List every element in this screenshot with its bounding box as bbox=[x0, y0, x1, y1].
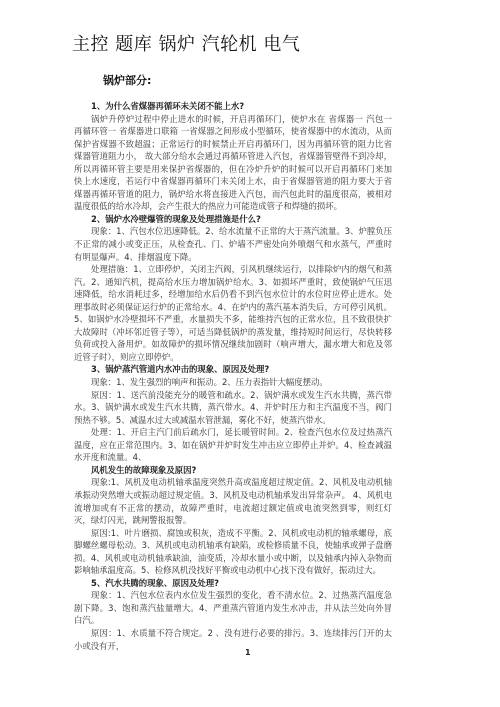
page-number: 1 bbox=[245, 648, 251, 657]
section-heading: 锅炉部分: bbox=[103, 72, 151, 88]
paragraph: 原因：1、水质量不符合规定。2 、没有进行必要的排污。3、连续排污门开的太小或没… bbox=[74, 627, 392, 652]
paragraph: 处理：1、开启主汽门前后疏水门，延长暖管时间。2、检查汽包水位及过热蒸汽温度，应… bbox=[74, 426, 392, 464]
question-heading: 2、锅炉水冷壁爆管的现象及处理措施是什么? bbox=[74, 213, 392, 226]
paragraph: 现象：1、汽包水位表内水位发生强烈的变化，看不清水位。2、过热蒸汽温度急剧下降。… bbox=[74, 589, 392, 627]
paragraph: 原因：1、送汽前没能充分的暖管和疏水。2、锅炉满水或发生汽水共腾，蒸汽带水。3、… bbox=[74, 389, 392, 427]
paragraph: 现象：1、汽包水位迅速降低。2、给水流量不正常的大于蒸汽流量。3、炉膛负压不正常… bbox=[74, 225, 392, 263]
question-heading: 5、汽水共腾的现象、原因及处理? bbox=[74, 577, 392, 590]
paragraph: 现象：1、发生强烈的响声和振动。2、压力表指针大幅度摆动。 bbox=[74, 376, 392, 389]
document-title: 主控 题库 锅炉 汽轮机 电气 bbox=[72, 30, 300, 56]
question-heading: 1、为什么省煤器再循环未关闭不能上水? bbox=[74, 100, 392, 113]
paragraph: 现象:1、风机及电动机轴承温度突然升高或温度超过规定值。2、风机及电动机轴承振动… bbox=[74, 476, 392, 526]
question-heading: 风机发生的故障现象及原因? bbox=[74, 464, 392, 477]
document-body: 1、为什么省煤器再循环未关闭不能上水? 锅炉升停炉过程中停止进水的时候，开启再循… bbox=[74, 100, 392, 652]
paragraph: 锅炉升停炉过程中停止进水的时候，开启再循环门，使炉水在 省煤器一 汽包一 再循环… bbox=[74, 113, 392, 213]
question-heading: 3、锅炉蒸汽管道内水冲击的现象、原因及处理? bbox=[74, 363, 392, 376]
paragraph: 原因:1、叶片磨损、腐蚀或积灰，造成不平衡。2、风机或电动机的轴承螺母，底脚螺丝… bbox=[74, 527, 392, 577]
paragraph: 处理措施：1、立即停炉，关闭主汽阀，引风机继续运行，以排除炉内的烟气和蒸汽。2、… bbox=[74, 263, 392, 363]
